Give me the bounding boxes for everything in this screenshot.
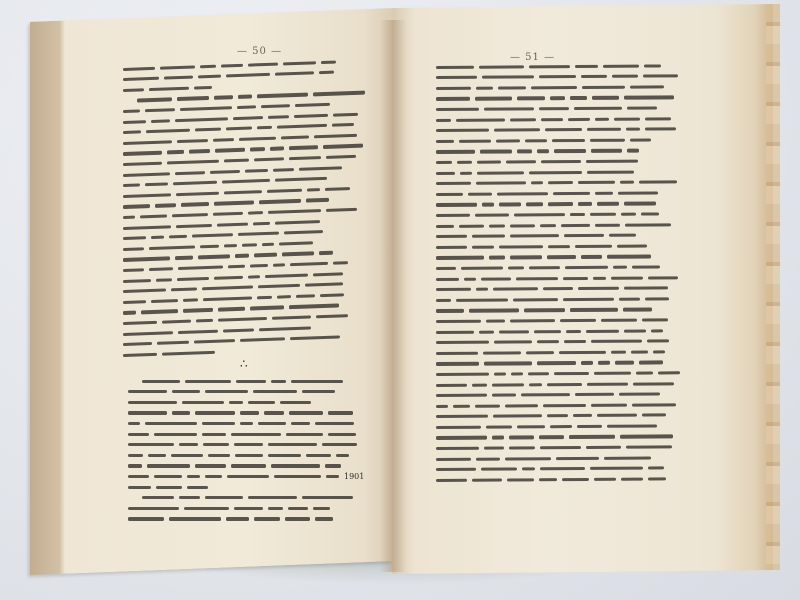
word-mark xyxy=(187,486,208,489)
word-mark xyxy=(240,411,259,414)
word-mark xyxy=(590,213,616,216)
text-line xyxy=(142,493,376,504)
word-mark xyxy=(277,295,291,299)
word-mark xyxy=(179,496,200,499)
word-mark xyxy=(217,222,248,226)
word-mark xyxy=(587,170,634,174)
text-line xyxy=(128,450,376,461)
word-mark xyxy=(173,181,217,186)
word-mark xyxy=(460,171,472,174)
word-mark xyxy=(248,401,275,404)
word-mark xyxy=(176,191,219,196)
word-mark xyxy=(128,390,167,393)
word-mark xyxy=(522,468,535,471)
word-mark xyxy=(234,507,263,510)
word-mark xyxy=(624,329,646,332)
word-mark xyxy=(180,106,232,111)
word-mark xyxy=(123,216,135,220)
word-mark xyxy=(587,128,621,131)
word-mark xyxy=(123,268,144,272)
word-mark xyxy=(248,211,263,215)
word-mark xyxy=(517,97,545,100)
word-mark xyxy=(482,76,534,80)
word-mark xyxy=(578,287,619,290)
word-mark xyxy=(333,261,348,265)
word-mark xyxy=(651,329,663,332)
word-mark xyxy=(123,109,140,113)
word-mark xyxy=(141,309,178,313)
word-mark xyxy=(453,404,470,407)
word-mark xyxy=(233,116,263,120)
word-mark xyxy=(547,382,582,385)
word-mark xyxy=(494,340,532,343)
word-mark xyxy=(565,266,608,269)
word-mark xyxy=(548,181,573,184)
word-mark xyxy=(614,117,640,120)
word-mark xyxy=(154,433,197,436)
word-mark xyxy=(271,380,286,383)
word-mark xyxy=(436,468,476,471)
word-mark xyxy=(508,266,524,269)
word-mark xyxy=(289,156,321,160)
text-line xyxy=(128,482,376,493)
word-mark xyxy=(526,203,543,206)
word-mark xyxy=(271,464,320,467)
text-line xyxy=(128,397,376,408)
word-mark xyxy=(205,475,222,478)
word-mark xyxy=(476,182,526,186)
word-mark xyxy=(291,422,310,425)
word-mark xyxy=(477,161,501,164)
word-mark xyxy=(148,454,166,457)
word-mark xyxy=(540,224,556,227)
word-mark xyxy=(517,425,545,428)
word-mark xyxy=(123,342,152,346)
word-mark xyxy=(196,319,213,323)
word-mark xyxy=(156,278,172,282)
word-mark xyxy=(436,426,481,430)
word-mark xyxy=(459,224,484,227)
word-mark xyxy=(275,220,320,225)
word-mark xyxy=(172,390,200,393)
word-mark xyxy=(642,414,666,417)
word-mark xyxy=(595,117,609,120)
word-mark xyxy=(459,139,491,142)
word-mark xyxy=(172,213,208,217)
word-mark xyxy=(142,380,180,383)
word-mark xyxy=(128,422,140,425)
word-mark xyxy=(137,98,172,102)
word-mark xyxy=(592,96,619,99)
word-mark xyxy=(305,282,343,287)
word-mark xyxy=(559,351,606,355)
word-mark xyxy=(226,517,249,520)
word-mark xyxy=(146,129,190,134)
word-mark xyxy=(128,443,174,446)
word-mark xyxy=(128,401,177,404)
word-mark xyxy=(510,118,536,121)
word-mark xyxy=(612,75,638,78)
word-mark xyxy=(268,507,283,510)
word-mark xyxy=(145,422,197,425)
word-mark xyxy=(155,204,176,208)
word-mark xyxy=(140,214,167,218)
word-mark xyxy=(632,403,676,406)
word-mark xyxy=(484,447,504,450)
word-mark xyxy=(128,507,179,510)
word-mark xyxy=(529,171,582,175)
word-mark xyxy=(302,390,335,393)
word-mark xyxy=(259,326,311,331)
word-mark xyxy=(313,507,330,510)
word-mark xyxy=(319,71,334,75)
word-mark xyxy=(325,464,341,467)
word-mark xyxy=(145,108,175,112)
word-mark xyxy=(286,433,323,436)
word-mark xyxy=(611,276,643,279)
word-mark xyxy=(624,202,656,205)
word-mark xyxy=(123,140,172,145)
word-mark xyxy=(601,319,637,322)
word-mark xyxy=(493,415,542,419)
word-mark xyxy=(472,235,505,238)
word-mark xyxy=(128,517,164,520)
word-mark xyxy=(321,60,336,64)
word-mark xyxy=(475,404,500,407)
word-mark xyxy=(570,308,618,312)
word-mark xyxy=(618,191,658,194)
word-mark xyxy=(645,128,676,131)
word-mark xyxy=(521,393,570,397)
word-mark xyxy=(545,128,582,131)
word-mark xyxy=(280,401,311,404)
word-mark xyxy=(272,315,311,320)
word-mark xyxy=(306,454,331,457)
word-mark xyxy=(479,330,494,333)
word-mark xyxy=(302,496,353,499)
word-mark xyxy=(611,350,626,353)
word-mark xyxy=(128,486,151,489)
word-mark xyxy=(624,96,674,100)
word-mark xyxy=(194,86,212,90)
word-mark xyxy=(514,213,565,217)
word-mark xyxy=(164,76,193,80)
word-mark xyxy=(314,134,357,139)
word-mark xyxy=(627,149,639,152)
word-mark xyxy=(295,103,330,107)
word-mark xyxy=(595,192,613,195)
word-mark xyxy=(194,339,235,344)
text-line xyxy=(128,429,376,440)
word-mark xyxy=(476,86,493,89)
word-mark xyxy=(123,67,155,71)
word-mark xyxy=(149,267,173,271)
word-mark xyxy=(436,129,489,133)
word-mark xyxy=(633,382,674,385)
word-mark xyxy=(574,107,622,111)
word-mark xyxy=(123,204,150,208)
word-mark xyxy=(208,454,230,457)
word-mark xyxy=(177,139,208,143)
word-mark xyxy=(277,124,327,129)
word-mark xyxy=(436,362,479,365)
word-mark xyxy=(123,193,171,198)
word-mark xyxy=(436,447,479,450)
word-mark xyxy=(480,150,512,153)
word-mark xyxy=(436,277,459,280)
word-mark xyxy=(123,120,146,124)
word-mark xyxy=(648,477,666,480)
word-mark xyxy=(642,318,668,321)
word-mark xyxy=(624,287,668,290)
word-mark xyxy=(254,157,284,161)
word-mark xyxy=(189,149,210,153)
word-mark xyxy=(222,179,270,184)
word-mark xyxy=(436,161,452,164)
word-mark xyxy=(507,478,534,481)
word-mark xyxy=(436,150,475,153)
word-mark xyxy=(509,436,534,439)
word-mark xyxy=(590,467,643,471)
word-mark xyxy=(238,232,279,237)
word-mark xyxy=(653,350,665,353)
word-mark xyxy=(436,76,477,79)
word-mark xyxy=(456,118,505,122)
word-mark xyxy=(195,411,235,414)
word-mark xyxy=(436,246,467,249)
word-mark xyxy=(332,123,354,127)
word-mark xyxy=(177,277,209,281)
word-mark xyxy=(265,273,308,278)
word-mark xyxy=(526,351,554,354)
section-separator: ∴ xyxy=(240,357,250,371)
word-mark xyxy=(275,72,314,77)
word-mark xyxy=(282,252,314,256)
word-mark xyxy=(289,304,339,309)
word-mark xyxy=(597,202,619,205)
right-page-body-text xyxy=(436,60,686,485)
word-mark xyxy=(552,139,585,142)
text-line xyxy=(128,503,376,514)
word-mark xyxy=(224,244,237,248)
word-mark xyxy=(172,411,190,414)
word-mark xyxy=(645,297,669,300)
word-mark xyxy=(218,307,245,311)
word-mark xyxy=(195,128,221,132)
word-mark xyxy=(476,457,500,460)
word-mark xyxy=(123,321,157,325)
word-mark xyxy=(123,225,171,230)
word-mark xyxy=(539,436,564,439)
word-mark xyxy=(214,201,254,206)
word-mark xyxy=(235,454,263,457)
word-mark xyxy=(541,118,563,121)
word-mark xyxy=(531,86,577,90)
word-mark xyxy=(539,478,557,481)
word-mark xyxy=(436,457,471,460)
word-mark xyxy=(569,435,615,439)
word-mark xyxy=(128,433,149,436)
word-mark xyxy=(560,319,596,322)
word-mark xyxy=(541,160,581,163)
text-line: 1901 xyxy=(128,471,376,482)
word-mark xyxy=(313,272,343,276)
word-mark xyxy=(236,380,266,383)
text-line xyxy=(128,514,376,525)
word-mark xyxy=(484,362,532,366)
word-mark xyxy=(648,467,664,470)
word-mark xyxy=(315,517,333,520)
word-mark xyxy=(620,181,634,184)
word-mark xyxy=(575,65,598,68)
text-line xyxy=(142,376,376,387)
word-mark xyxy=(513,298,558,302)
word-mark xyxy=(436,405,448,408)
word-mark xyxy=(619,393,660,396)
word-mark xyxy=(237,105,256,109)
word-mark xyxy=(475,214,509,217)
word-mark xyxy=(607,255,651,258)
word-mark xyxy=(275,177,327,182)
word-mark xyxy=(221,64,243,68)
word-mark xyxy=(436,383,467,386)
word-mark xyxy=(198,255,230,259)
word-mark xyxy=(630,138,651,141)
word-mark xyxy=(586,329,619,332)
word-mark xyxy=(436,65,474,68)
word-mark xyxy=(123,88,144,92)
word-mark xyxy=(623,308,652,311)
word-mark xyxy=(227,475,269,478)
word-mark xyxy=(620,435,673,439)
word-mark xyxy=(578,202,592,205)
word-mark xyxy=(477,171,524,175)
word-mark xyxy=(319,251,333,255)
word-mark xyxy=(436,351,478,354)
word-mark xyxy=(486,425,512,428)
word-mark xyxy=(547,414,568,417)
word-mark xyxy=(505,457,551,461)
left-page-edge xyxy=(30,21,60,575)
word-mark xyxy=(627,107,657,110)
word-mark xyxy=(226,127,252,131)
word-mark xyxy=(641,212,659,215)
word-mark xyxy=(145,183,168,187)
word-mark xyxy=(609,234,636,237)
word-mark xyxy=(147,464,190,467)
word-mark xyxy=(176,224,212,228)
word-mark xyxy=(123,151,162,156)
word-mark xyxy=(123,331,173,336)
word-mark xyxy=(238,95,252,99)
word-mark xyxy=(639,361,663,364)
word-mark xyxy=(250,264,268,268)
word-mark xyxy=(177,96,209,100)
word-mark xyxy=(202,422,235,425)
word-mark xyxy=(436,119,451,122)
word-mark xyxy=(564,340,586,343)
word-mark xyxy=(202,433,226,436)
word-mark xyxy=(436,224,454,227)
word-mark xyxy=(436,320,481,324)
word-mark xyxy=(283,61,316,65)
word-mark xyxy=(203,296,252,301)
word-mark xyxy=(151,119,170,123)
word-mark xyxy=(575,245,612,248)
word-mark xyxy=(586,160,638,164)
word-mark xyxy=(156,486,182,489)
word-mark xyxy=(200,244,219,248)
word-mark xyxy=(154,475,182,478)
word-mark xyxy=(123,184,140,188)
word-mark xyxy=(281,135,309,139)
word-mark xyxy=(436,436,487,440)
text-line xyxy=(128,408,376,419)
word-mark xyxy=(511,372,523,375)
word-mark xyxy=(184,507,229,510)
word-mark xyxy=(290,336,340,341)
word-mark xyxy=(284,230,323,235)
word-mark xyxy=(254,517,280,520)
word-mark xyxy=(328,433,356,436)
word-mark xyxy=(248,62,278,66)
word-mark xyxy=(476,288,488,291)
word-mark xyxy=(257,93,308,98)
word-mark xyxy=(484,107,534,111)
word-mark xyxy=(160,65,195,69)
word-mark xyxy=(307,188,320,192)
word-mark xyxy=(568,118,590,121)
word-mark xyxy=(647,340,669,343)
word-mark xyxy=(492,436,504,439)
word-mark xyxy=(267,189,302,193)
word-mark xyxy=(175,117,228,122)
word-mark xyxy=(581,361,593,364)
word-mark xyxy=(632,265,660,268)
word-mark xyxy=(123,279,151,283)
word-mark xyxy=(259,199,301,204)
word-mark xyxy=(223,328,254,332)
word-mark xyxy=(288,507,308,510)
word-mark xyxy=(290,262,328,267)
word-mark xyxy=(543,287,573,290)
book-spine xyxy=(380,20,406,572)
word-mark xyxy=(320,293,344,297)
word-mark xyxy=(123,300,146,304)
word-mark xyxy=(436,182,471,185)
word-mark xyxy=(128,475,149,478)
word-mark xyxy=(248,275,260,279)
word-mark xyxy=(436,193,463,196)
word-mark xyxy=(175,171,205,175)
word-mark xyxy=(553,192,590,195)
word-mark xyxy=(631,350,648,353)
word-mark xyxy=(564,234,604,237)
word-mark xyxy=(250,306,284,310)
word-mark xyxy=(167,150,184,154)
word-mark xyxy=(472,478,502,481)
word-mark xyxy=(534,330,561,333)
word-mark xyxy=(537,340,559,343)
word-mark xyxy=(123,247,144,251)
word-mark xyxy=(595,223,620,226)
word-mark xyxy=(497,192,548,196)
word-mark xyxy=(123,311,136,315)
word-mark xyxy=(169,517,221,520)
word-mark xyxy=(198,75,221,79)
word-mark xyxy=(205,496,243,499)
word-mark xyxy=(142,496,174,499)
